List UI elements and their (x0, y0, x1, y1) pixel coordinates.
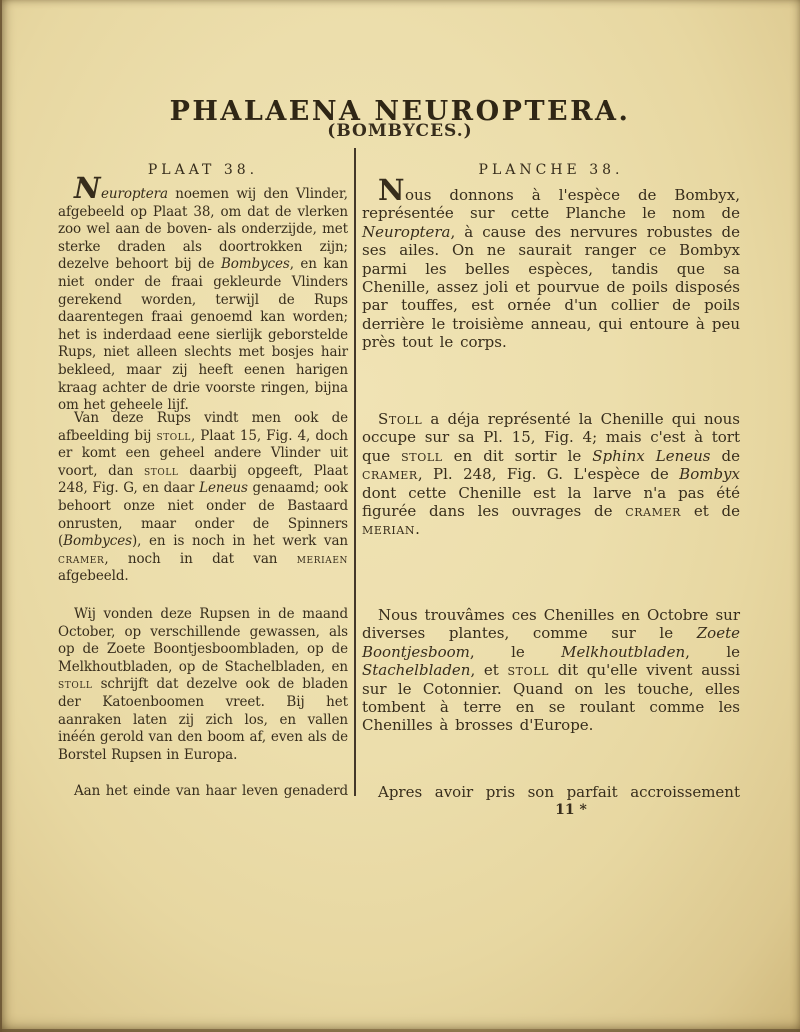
text-segment: ous donnons à l'espèce de Bombyx, représ… (362, 186, 740, 222)
dutch-paragraph-2: Van deze Rups vindt men ook de afbeeldin… (58, 410, 348, 586)
page-left-edge (0, 0, 2, 1032)
text-segment: ), en is noch in het werk van (132, 533, 348, 549)
text-segment: N (378, 173, 405, 207)
text-segment: stoll (401, 447, 443, 465)
text-segment: Bombyces (63, 533, 132, 549)
text-segment: de (711, 447, 741, 465)
text-segment: Stoll (378, 410, 422, 428)
column-divider (354, 148, 356, 796)
text-segment: Wij vonden deze Rupsen in de maand Octob… (58, 606, 348, 675)
text-segment: Melkhoutbladen (561, 643, 685, 661)
text-segment: en dit sortir le (443, 447, 593, 465)
french-column: PLANCHE 38. Nous donnons à l'espèce de B… (362, 158, 740, 878)
text-segment: stoll (144, 463, 179, 479)
text-segment: et de (681, 502, 740, 520)
text-segment: meriaen (297, 551, 348, 567)
two-column-text-area: PLAAT 38. Neuroptera noemen wij den Vlin… (58, 158, 740, 878)
text-segment: , en kan niet onder de fraai gekleurde V… (58, 256, 348, 413)
text-segment: cramer (625, 502, 681, 520)
text-segment: cramer (362, 465, 418, 483)
text-segment: stoll (58, 676, 93, 692)
text-segment: Sphinx Leneus (592, 447, 710, 465)
scanned-book-page: { "page": { "title": "PHALAENA NEUROPTER… (0, 0, 800, 1032)
text-segment: schrijft dat dezelve ook de bladen der K… (58, 676, 348, 762)
text-segment: , à cause des nervures robustes de ses a… (362, 223, 740, 351)
dutch-paragraph-1: Neuroptera noemen wij den Vlinder, afgeb… (58, 186, 348, 415)
text-segment: stoll (508, 661, 550, 679)
text-segment: merian (362, 520, 415, 538)
text-segment: stoll (156, 428, 191, 444)
text-segment: Stachelbladen (362, 661, 470, 679)
dutch-column: PLAAT 38. Neuroptera noemen wij den Vlin… (58, 158, 348, 878)
text-segment: N (74, 171, 101, 205)
text-segment: , et (470, 661, 507, 679)
dutch-closing-line: Aan het einde van haar leven genaderd (58, 783, 348, 801)
text-segment: , le (685, 643, 740, 661)
text-segment: Bombyx (679, 465, 740, 483)
text-segment: Neuroptera (362, 223, 450, 241)
text-segment: europtera (101, 186, 168, 202)
french-paragraph-2: Stoll a déja représenté la Chenille qui … (362, 410, 740, 539)
french-paragraph-3: Nous trouvâmes ces Chenilles en Octobre … (362, 606, 740, 735)
text-segment: . (415, 520, 420, 538)
french-paragraph-1: Nous donnons à l'espèce de Bombyx, repré… (362, 186, 740, 352)
text-segment: Bombyces (221, 256, 290, 272)
french-closing-line: Apres avoir pris son parfait accroisseme… (362, 783, 740, 801)
page-subtitle: (BOMBYCES.) (0, 121, 800, 141)
text-segment: , noch in dat van (104, 551, 296, 567)
dutch-paragraph-3: Wij vonden deze Rupsen in de maand Octob… (58, 606, 348, 764)
text-segment: afgebeeld. (58, 568, 129, 584)
dutch-column-heading: PLAAT 38. (58, 162, 348, 178)
text-segment: cramer (58, 551, 104, 567)
french-column-heading: PLANCHE 38. (362, 162, 740, 178)
page-number: 11 * (362, 802, 740, 818)
text-segment: , Pl. 248, Fig. G. L'espèce de (418, 465, 679, 483)
text-segment: Nous trouvâmes ces Chenilles en Octobre … (362, 606, 740, 642)
text-segment: Leneus (199, 480, 248, 496)
text-segment: , le (470, 643, 561, 661)
page-background: PHALAENA NEUROPTERA. (BOMBYCES.) PLAAT 3… (0, 0, 800, 1032)
